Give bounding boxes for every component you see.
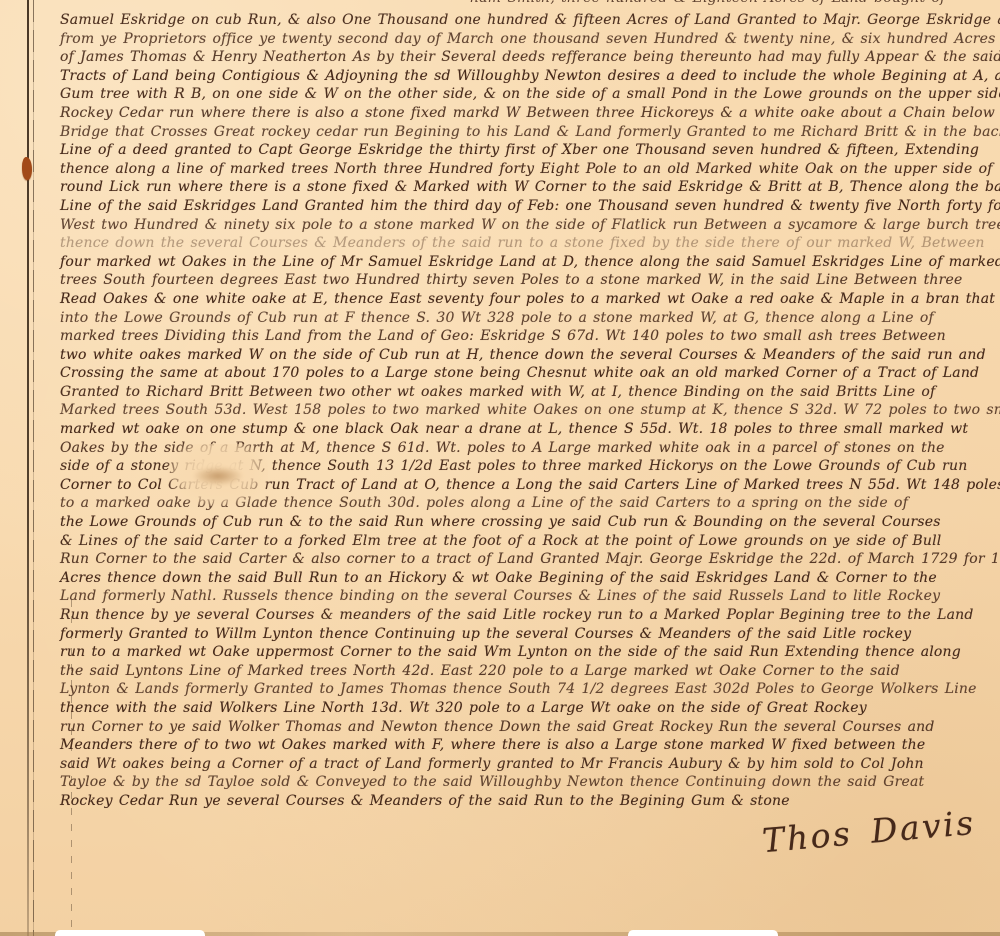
- manuscript-line: Line of a deed granted to Capt George Es…: [60, 141, 1000, 160]
- manuscript-line: run to a marked wt Oake uppermost Corner…: [60, 643, 1000, 662]
- manuscript-line: Meanders there of to two wt Oakes marked…: [60, 736, 1000, 755]
- scan-edge-artifact: [55, 930, 205, 936]
- manuscript-line: the Lowe Grounds of Cub run & to the sai…: [60, 513, 1000, 532]
- manuscript-line: into the Lowe Grounds of Cub run at F th…: [60, 309, 1000, 328]
- manuscript-line: Bridge that Crosses Great rockey cedar r…: [60, 123, 1000, 142]
- manuscript-line: the said Lyntons Line of Marked trees No…: [60, 662, 1000, 681]
- manuscript-line: marked wt oake on one stump & one black …: [60, 420, 1000, 439]
- fold-crease-line-secondary: [33, 0, 34, 936]
- manuscript-line: Tayloe & by the sd Tayloe sold & Conveye…: [60, 773, 1000, 792]
- manuscript-line: of James Thomas & Henry Neatherton As by…: [60, 48, 1000, 67]
- ink-blot: [22, 157, 32, 180]
- manuscript-line: Acres thence down the said Bull Run to a…: [60, 569, 1000, 588]
- manuscript-line: round Lick run where there is a stone fi…: [60, 178, 1000, 197]
- manuscript-line: Tracts of Land being Contigious & Adjoyn…: [60, 67, 1000, 86]
- manuscript-line: Line of the said Eskridges Land Granted …: [60, 197, 1000, 216]
- manuscript-line: Granted to Richard Britt Between two oth…: [60, 383, 1000, 402]
- scan-edge-artifact: [628, 930, 778, 936]
- manuscript-page: ham Smith, three hundred & Eighteen Acre…: [0, 0, 1000, 936]
- manuscript-line: Lynton & Lands formerly Granted to James…: [60, 680, 1000, 699]
- brown-smear: [192, 466, 244, 486]
- manuscript-line: thence along a line of marked trees Nort…: [60, 160, 1000, 179]
- manuscript-line: four marked wt Oakes in the Line of Mr S…: [60, 253, 1000, 272]
- manuscript-line: said Wt oakes being a Corner of a tract …: [60, 755, 1000, 774]
- manuscript-line: Marked trees South 53d. West 158 poles t…: [60, 401, 1000, 420]
- signature: Thos Davis: [761, 803, 977, 860]
- manuscript-line: Rockey Cedar run where there is also a s…: [60, 104, 1000, 123]
- manuscript-line: Run thence by ye several Courses & meand…: [60, 606, 1000, 625]
- manuscript-text: Samuel Eskridge on cub Run, & also One T…: [60, 11, 1000, 811]
- manuscript-line: Read Oakes & one white oake at E, thence…: [60, 290, 1000, 309]
- manuscript-line: Crossing the same at about 170 poles to …: [60, 364, 1000, 383]
- manuscript-line: Samuel Eskridge on cub Run, & also One T…: [60, 11, 1000, 30]
- fold-crease-line: [27, 0, 29, 936]
- manuscript-line: West two Hundred & ninety six pole to a …: [60, 216, 1000, 235]
- manuscript-line: trees South fourteen degrees East two Hu…: [60, 271, 1000, 290]
- manuscript-line: formerly Granted to Willm Lynton thence …: [60, 625, 1000, 644]
- clipped-top-line: ham Smith, three hundred & Eighteen Acre…: [470, 0, 946, 6]
- manuscript-line: marked trees Dividing this Land from the…: [60, 327, 1000, 346]
- manuscript-line: Land formerly Nathl. Russels thence bind…: [60, 587, 1000, 606]
- manuscript-line: Run Corner to the said Carter & also cor…: [60, 550, 1000, 569]
- manuscript-line: & Lines of the said Carter to a forked E…: [60, 532, 1000, 551]
- manuscript-line: thence with the said Wolkers Line North …: [60, 699, 1000, 718]
- manuscript-line: from ye Proprietors office ye twenty sec…: [60, 30, 1000, 49]
- manuscript-line: Rockey Cedar Run ye several Courses & Me…: [60, 792, 1000, 811]
- manuscript-line: two white oakes marked W on the side of …: [60, 346, 1000, 365]
- manuscript-line: Gum tree with R B, on one side & W on th…: [60, 85, 1000, 104]
- manuscript-line: run Corner to ye said Wolker Thomas and …: [60, 718, 1000, 737]
- manuscript-line: thence down the several Courses & Meande…: [60, 234, 1000, 253]
